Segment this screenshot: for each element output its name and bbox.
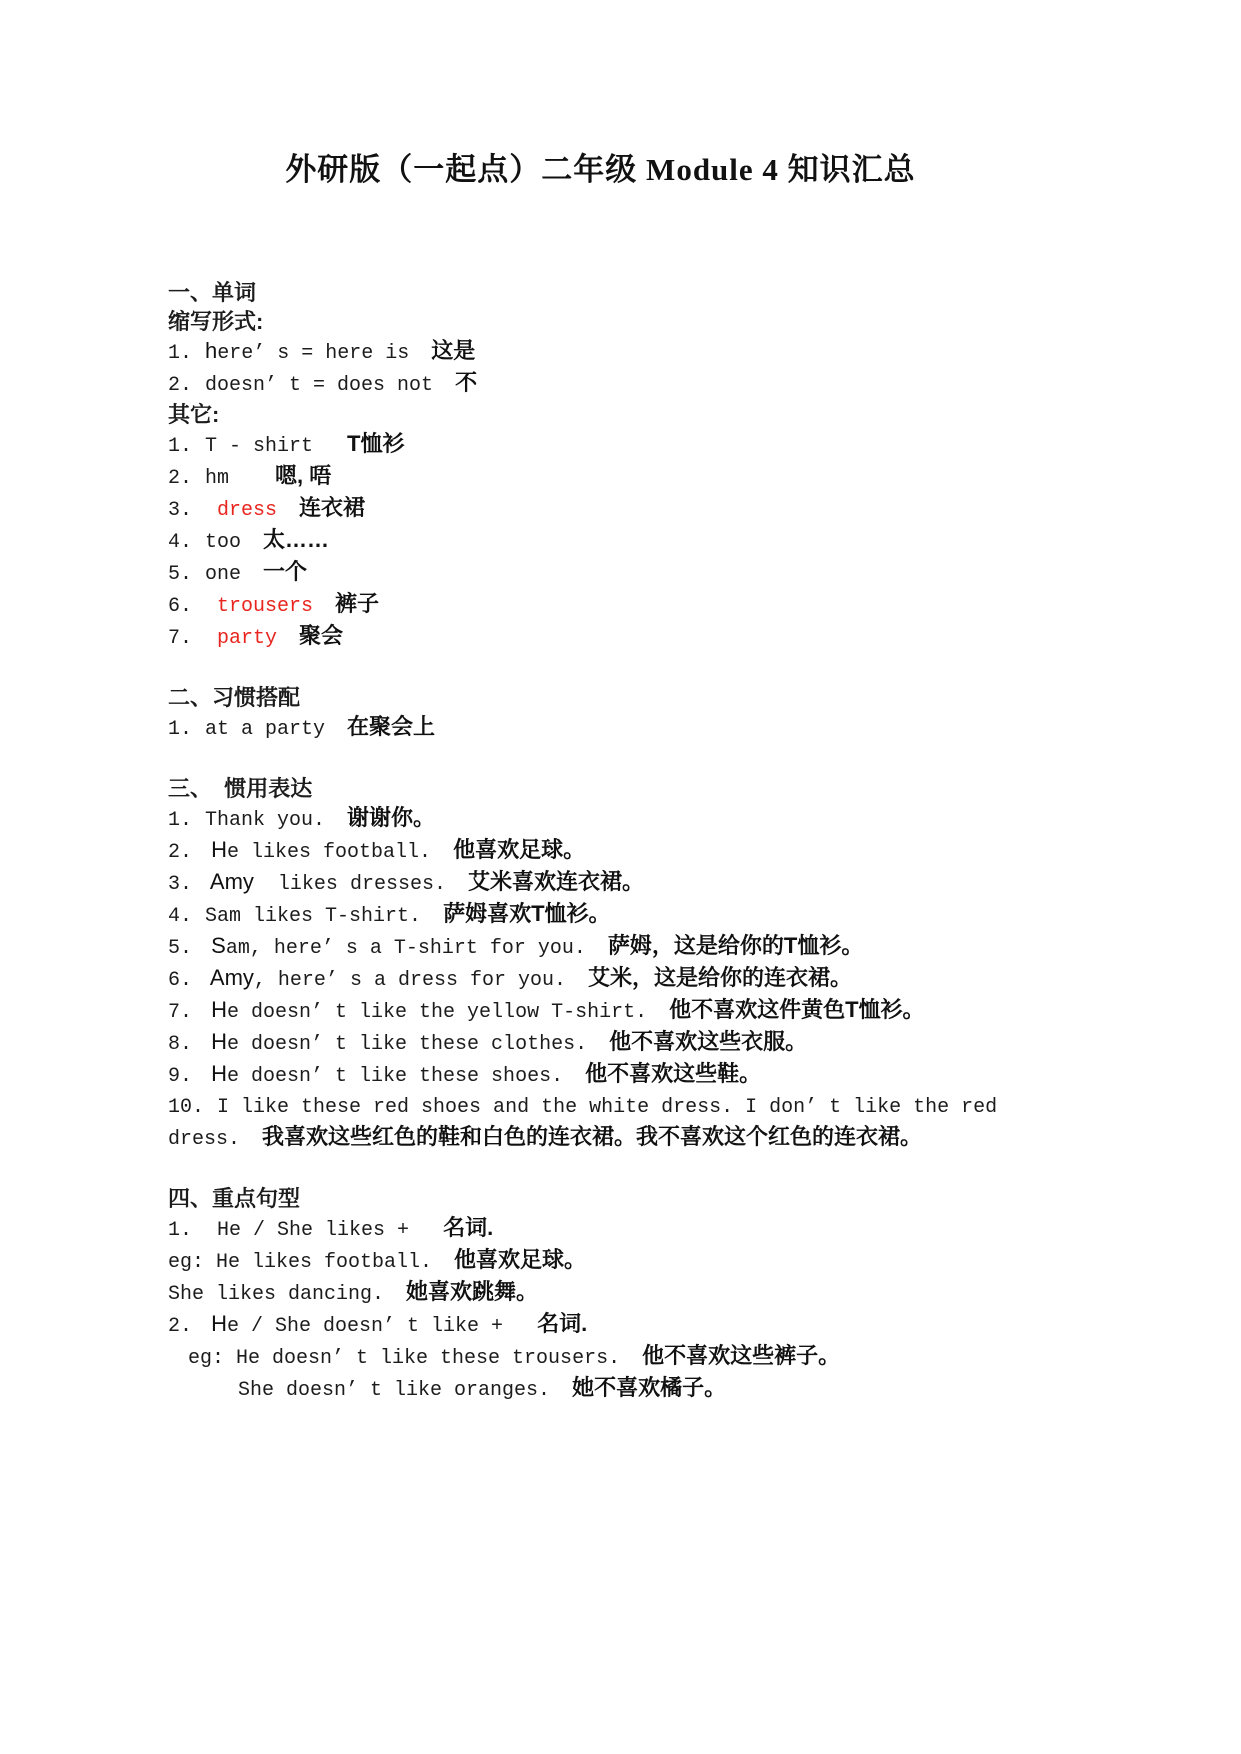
list-item: 4.Sam likes T-shirt.萨姆喜欢T恤衫。 bbox=[168, 899, 1073, 931]
line-english: party bbox=[205, 627, 277, 650]
list-item: 5. Sam, here’ s a T-shirt for you.萨姆，这是给… bbox=[168, 931, 1073, 963]
line-english: He / She likes + bbox=[205, 1219, 421, 1242]
line-lead: H bbox=[205, 1311, 227, 1336]
line-chinese: 聚会 bbox=[299, 623, 343, 648]
line-number: 2. bbox=[168, 374, 192, 397]
line-chinese: 不 bbox=[455, 370, 477, 395]
list-item: 7. He doesn’ t like the yellow T-shirt.他… bbox=[168, 995, 1073, 1027]
list-item: 5.one一个 bbox=[168, 557, 1073, 589]
line-lead: H bbox=[205, 1061, 227, 1086]
list-item: 3. dress连衣裙 bbox=[168, 493, 1073, 525]
line-number: 7. bbox=[168, 1001, 192, 1024]
line-number: 3. bbox=[168, 873, 192, 896]
list-item: 8. He doesn’ t like these clothes.他不喜欢这些… bbox=[168, 1027, 1073, 1059]
line-chinese: 萨姆，这是给你的T恤衫。 bbox=[608, 933, 863, 958]
line-number: 3. bbox=[168, 499, 192, 522]
section-gap bbox=[168, 744, 1073, 774]
document-body: 一、单词缩写形式:1.here’ s = here is这是2.doesn’ t… bbox=[168, 278, 1073, 1405]
line-chinese: 艾米，这是给你的连衣裙。 bbox=[588, 965, 852, 990]
list-item: 6. trousers裤子 bbox=[168, 589, 1073, 621]
line-number: 6. bbox=[168, 595, 192, 618]
section-heading: 三、 惯用表达 bbox=[168, 774, 1073, 803]
list-item: 6. Amy, here’ s a dress for you.艾米，这是给你的… bbox=[168, 963, 1073, 995]
line-english: She doesn’ t like oranges. bbox=[238, 1379, 550, 1402]
line-number: 8. bbox=[168, 1033, 192, 1056]
line-number: 2. bbox=[168, 1315, 192, 1338]
section-heading: 二、习惯搭配 bbox=[168, 683, 1073, 712]
line-english: at a party bbox=[205, 718, 325, 741]
line-english: Sam likes T-shirt. bbox=[205, 905, 421, 928]
line-number: 10. bbox=[168, 1096, 204, 1119]
line-number: 2. bbox=[168, 841, 192, 864]
document-page: 外研版（一起点）二年级 Module 4 知识汇总 一、单词缩写形式:1.her… bbox=[0, 0, 1241, 1754]
section-gap bbox=[168, 653, 1073, 683]
section-heading: 四、重点句型 bbox=[168, 1184, 1073, 1213]
line-chinese: 他喜欢足球。 bbox=[454, 1247, 586, 1272]
line-english: too bbox=[205, 531, 241, 554]
line-number: 5. bbox=[168, 563, 192, 586]
line-number: 4. bbox=[168, 905, 192, 928]
section-heading: 一、单词 bbox=[168, 278, 1073, 307]
line-chinese: 太…… bbox=[263, 527, 329, 552]
line-chinese: 名词. bbox=[443, 1215, 493, 1240]
list-item: 1.T - shirt T恤衫 bbox=[168, 429, 1073, 461]
line-english: Thank you. bbox=[205, 809, 325, 832]
line-english: eg: He doesn’ t like these trousers. bbox=[188, 1347, 620, 1370]
line-chinese: 裤子 bbox=[335, 591, 379, 616]
line-number: 4. bbox=[168, 531, 192, 554]
line-number: 1. bbox=[168, 809, 192, 832]
line-lead: h bbox=[205, 338, 217, 363]
list-item: 1. He / She likes + 名词. bbox=[168, 1213, 1073, 1245]
line-english: trousers bbox=[205, 595, 313, 618]
list-item: 2. He likes football.他喜欢足球。 bbox=[168, 835, 1073, 867]
line-chinese: 他不喜欢这些鞋。 bbox=[585, 1061, 761, 1086]
line-chinese: 连衣裙 bbox=[299, 495, 365, 520]
line-chinese: 他喜欢足球。 bbox=[453, 837, 585, 862]
line-english: e likes football. bbox=[227, 841, 431, 864]
line-chinese: 她喜欢跳舞。 bbox=[406, 1279, 538, 1304]
line-english: e doesn’ t like these shoes. bbox=[227, 1065, 563, 1088]
line-chinese: 在聚会上 bbox=[347, 714, 435, 739]
line-english: likes dresses. bbox=[254, 873, 446, 896]
line-number: 5. bbox=[168, 937, 192, 960]
line-english: am, here’ s a T-shirt for you. bbox=[226, 937, 586, 960]
list-item: 3. Amy likes dresses.艾米喜欢连衣裙。 bbox=[168, 867, 1073, 899]
line-number: 1. bbox=[168, 435, 192, 458]
line-lead: H bbox=[205, 1029, 227, 1054]
line-number: 6. bbox=[168, 969, 192, 992]
line-chinese: 他不喜欢这些裤子。 bbox=[642, 1343, 840, 1368]
line-lead: S bbox=[205, 933, 226, 958]
list-item: 2.hm 嗯, 唔 bbox=[168, 461, 1073, 493]
list-item: 4.too太…… bbox=[168, 525, 1073, 557]
line-chinese: 名词. bbox=[537, 1311, 587, 1336]
line-chinese: 他不喜欢这些衣服。 bbox=[609, 1029, 807, 1054]
line-lead: Amy bbox=[205, 965, 254, 990]
section-gap bbox=[168, 1154, 1073, 1184]
line-english: one bbox=[205, 563, 241, 586]
list-item: 7. party聚会 bbox=[168, 621, 1073, 653]
list-item: 1.Thank you.谢谢你。 bbox=[168, 803, 1073, 835]
line-chinese: 嗯, 唔 bbox=[275, 463, 331, 488]
list-item: 2. He / She doesn’ t like + 名词. bbox=[168, 1309, 1073, 1341]
line-chinese: 谢谢你。 bbox=[347, 805, 435, 830]
line-english: e doesn’ t like these clothes. bbox=[227, 1033, 587, 1056]
list-item: eg: He likes football.他喜欢足球。 bbox=[168, 1245, 1073, 1277]
line-english: , here’ s a dress for you. bbox=[254, 969, 566, 992]
line-lead: Amy bbox=[205, 869, 254, 894]
line-english: e doesn’ t like the yellow T-shirt. bbox=[227, 1001, 647, 1024]
line-lead: H bbox=[205, 837, 227, 862]
list-item: eg: He doesn’ t like these trousers.他不喜欢… bbox=[168, 1341, 1073, 1373]
line-number: 1. bbox=[168, 342, 192, 365]
line-number: 7. bbox=[168, 627, 192, 650]
line-english: e / She doesn’ t like + bbox=[227, 1315, 515, 1338]
line-chinese: 艾米喜欢连衣裙。 bbox=[468, 869, 644, 894]
line-english: ere’ s = here is bbox=[217, 342, 409, 365]
line-chinese: 他不喜欢这件黄色T恤衫。 bbox=[669, 997, 924, 1022]
list-item: 10.I like these red shoes and the white … bbox=[168, 1091, 1073, 1154]
line-english: dress bbox=[205, 499, 277, 522]
line-lead: H bbox=[205, 997, 227, 1022]
line-chinese: 一个 bbox=[263, 559, 307, 584]
section-heading: 其它: bbox=[168, 400, 1073, 429]
line-chinese: T恤衫 bbox=[347, 431, 404, 456]
line-chinese: 这是 bbox=[431, 338, 475, 363]
line-chinese: 我喜欢这些红色的鞋和白色的连衣裙。我不喜欢这个红色的连衣裙。 bbox=[262, 1124, 922, 1149]
list-item: 2.doesn’ t = does not不 bbox=[168, 368, 1073, 400]
list-item: 1.here’ s = here is这是 bbox=[168, 336, 1073, 368]
line-number: 2. bbox=[168, 467, 192, 490]
list-item: 1.at a party在聚会上 bbox=[168, 712, 1073, 744]
list-item: 9. He doesn’ t like these shoes.他不喜欢这些鞋。 bbox=[168, 1059, 1073, 1091]
list-item: She likes dancing.她喜欢跳舞。 bbox=[168, 1277, 1073, 1309]
line-english: eg: He likes football. bbox=[168, 1251, 432, 1274]
page-title: 外研版（一起点）二年级 Module 4 知识汇总 bbox=[168, 150, 1033, 190]
line-english: doesn’ t = does not bbox=[205, 374, 433, 397]
line-english: She likes dancing. bbox=[168, 1283, 384, 1306]
line-number: 9. bbox=[168, 1065, 192, 1088]
list-item: She doesn’ t like oranges.她不喜欢橘子。 bbox=[168, 1373, 1073, 1405]
line-english: hm bbox=[205, 467, 253, 490]
line-chinese: 萨姆喜欢T恤衫。 bbox=[443, 901, 610, 926]
line-number: 1. bbox=[168, 718, 192, 741]
line-english: T - shirt bbox=[205, 435, 325, 458]
line-chinese: 她不喜欢橘子。 bbox=[572, 1375, 726, 1400]
line-number: 1. bbox=[168, 1219, 192, 1242]
section-heading: 缩写形式: bbox=[168, 307, 1073, 336]
